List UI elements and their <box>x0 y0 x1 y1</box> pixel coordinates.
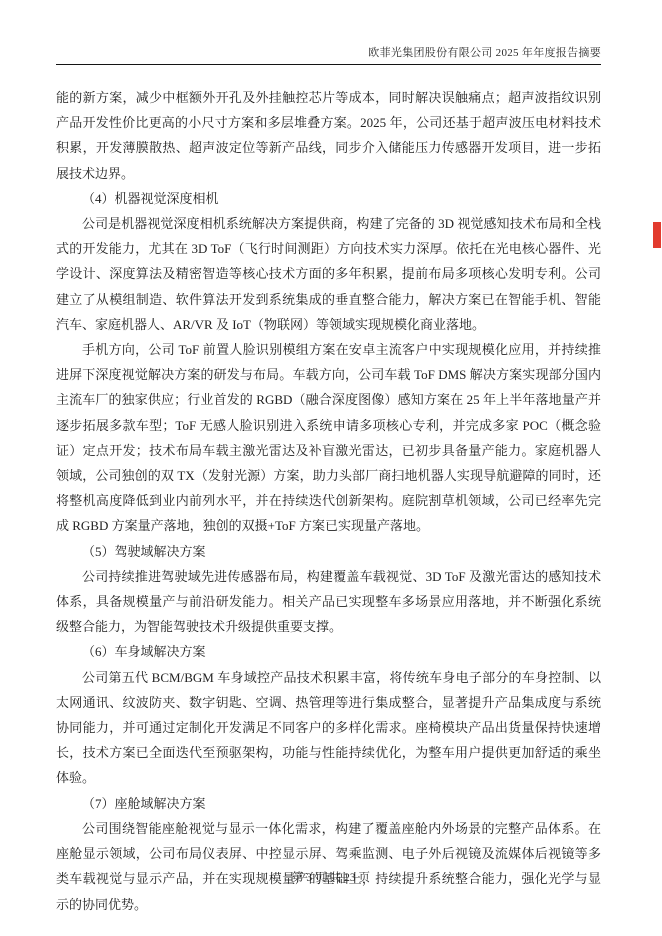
page-header: 欧菲光集团股份有限公司 2025 年年度报告摘要 <box>56 44 601 65</box>
body-paragraph: 公司持续推进驾驶域先进传感器布局，构建覆盖车载视觉、3D ToF 及激光雷达的感… <box>56 564 601 640</box>
page-footer: 第 3 页/共 23 页 <box>0 869 662 885</box>
header-rule <box>56 64 601 65</box>
document-body: 能的新方案，减少中框额外开孔及外挂触控芯片等成本，同时解决误触痛点；超声波指纹识… <box>56 85 601 917</box>
red-edge-marker <box>653 222 661 248</box>
report-page: 欧菲光集团股份有限公司 2025 年年度报告摘要 能的新方案，减少中框额外开孔及… <box>0 0 662 936</box>
body-paragraph: 公司第五代 BCM/BGM 车身域控产品技术积累丰富，将传统车身电子部分的车身控… <box>56 665 601 791</box>
report-title: 欧菲光集团股份有限公司 2025 年年度报告摘要 <box>56 44 601 60</box>
section-heading: （7）座舱域解决方案 <box>56 791 601 816</box>
body-paragraph: 能的新方案，减少中框额外开孔及外挂触控芯片等成本，同时解决误触痛点；超声波指纹识… <box>56 85 601 186</box>
section-heading: （4）机器视觉深度相机 <box>56 186 601 211</box>
section-heading: （6）车身域解决方案 <box>56 639 601 664</box>
body-paragraph: 公司是机器视觉深度相机系统解决方案提供商，构建了完备的 3D 视觉感知技术布局和… <box>56 211 601 337</box>
page-number: 第 3 页/共 23 页 <box>292 872 370 884</box>
body-paragraph: 手机方向，公司 ToF 前置人脸识别模组方案在安卓主流客户中实现规模化应用，并持… <box>56 337 601 539</box>
section-heading: （5）驾驶域解决方案 <box>56 539 601 564</box>
body-paragraph: 公司围绕智能座舱视觉与显示一体化需求，构建了覆盖座舱内外场景的完整产品体系。在座… <box>56 816 601 917</box>
